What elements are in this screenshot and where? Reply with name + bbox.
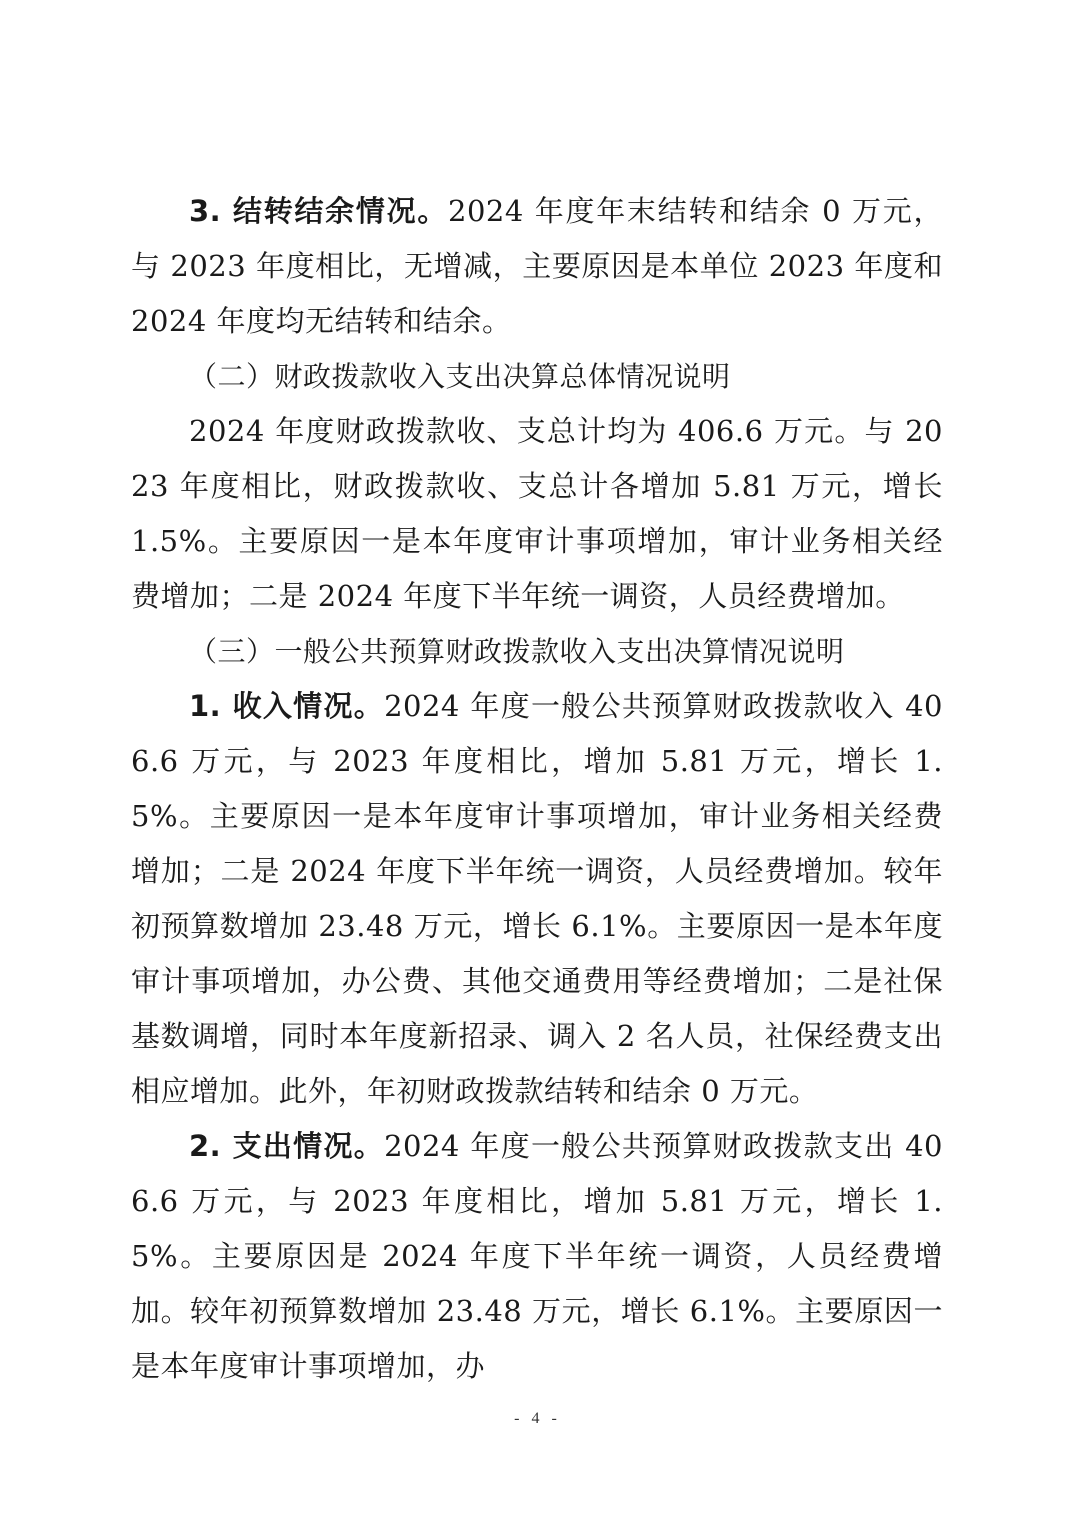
paragraph-text: 2024 年度一般公共预算财政拨款收入 406.6 万元，与 2023 年度相比…: [131, 689, 943, 1108]
paragraph-income: 1. 收入情况。2024 年度一般公共预算财政拨款收入 406.6 万元，与 2…: [131, 679, 943, 1119]
page-number: - 4 -: [0, 1410, 1075, 1428]
paragraph-fiscal-overview: 2024 年度财政拨款收、支总计均为 406.6 万元。与 2023 年度相比，…: [131, 404, 943, 624]
paragraph-text: 2024 年度财政拨款收、支总计均为 406.6 万元。与 2023 年度相比，…: [131, 414, 943, 613]
paragraph-lead: 3. 结转结余情况。: [189, 194, 448, 228]
paragraph-lead: 2. 支出情况。: [189, 1129, 384, 1163]
section-heading-general-budget: （三）一般公共预算财政拨款收入支出决算情况说明: [131, 624, 943, 679]
paragraph-expenditure: 2. 支出情况。2024 年度一般公共预算财政拨款支出 406.6 万元，与 2…: [131, 1119, 943, 1394]
paragraph-text: 2024 年度一般公共预算财政拨款支出 406.6 万元，与 2023 年度相比…: [131, 1129, 943, 1383]
paragraph-lead: 1. 收入情况。: [189, 689, 384, 723]
paragraph-carryover-balance: 3. 结转结余情况。2024 年度年末结转和结余 0 万元，与 2023 年度相…: [131, 184, 943, 349]
document-page: 3. 结转结余情况。2024 年度年末结转和结余 0 万元，与 2023 年度相…: [131, 184, 943, 1394]
section-heading-fiscal-overview: （二）财政拨款收入支出决算总体情况说明: [131, 349, 943, 404]
